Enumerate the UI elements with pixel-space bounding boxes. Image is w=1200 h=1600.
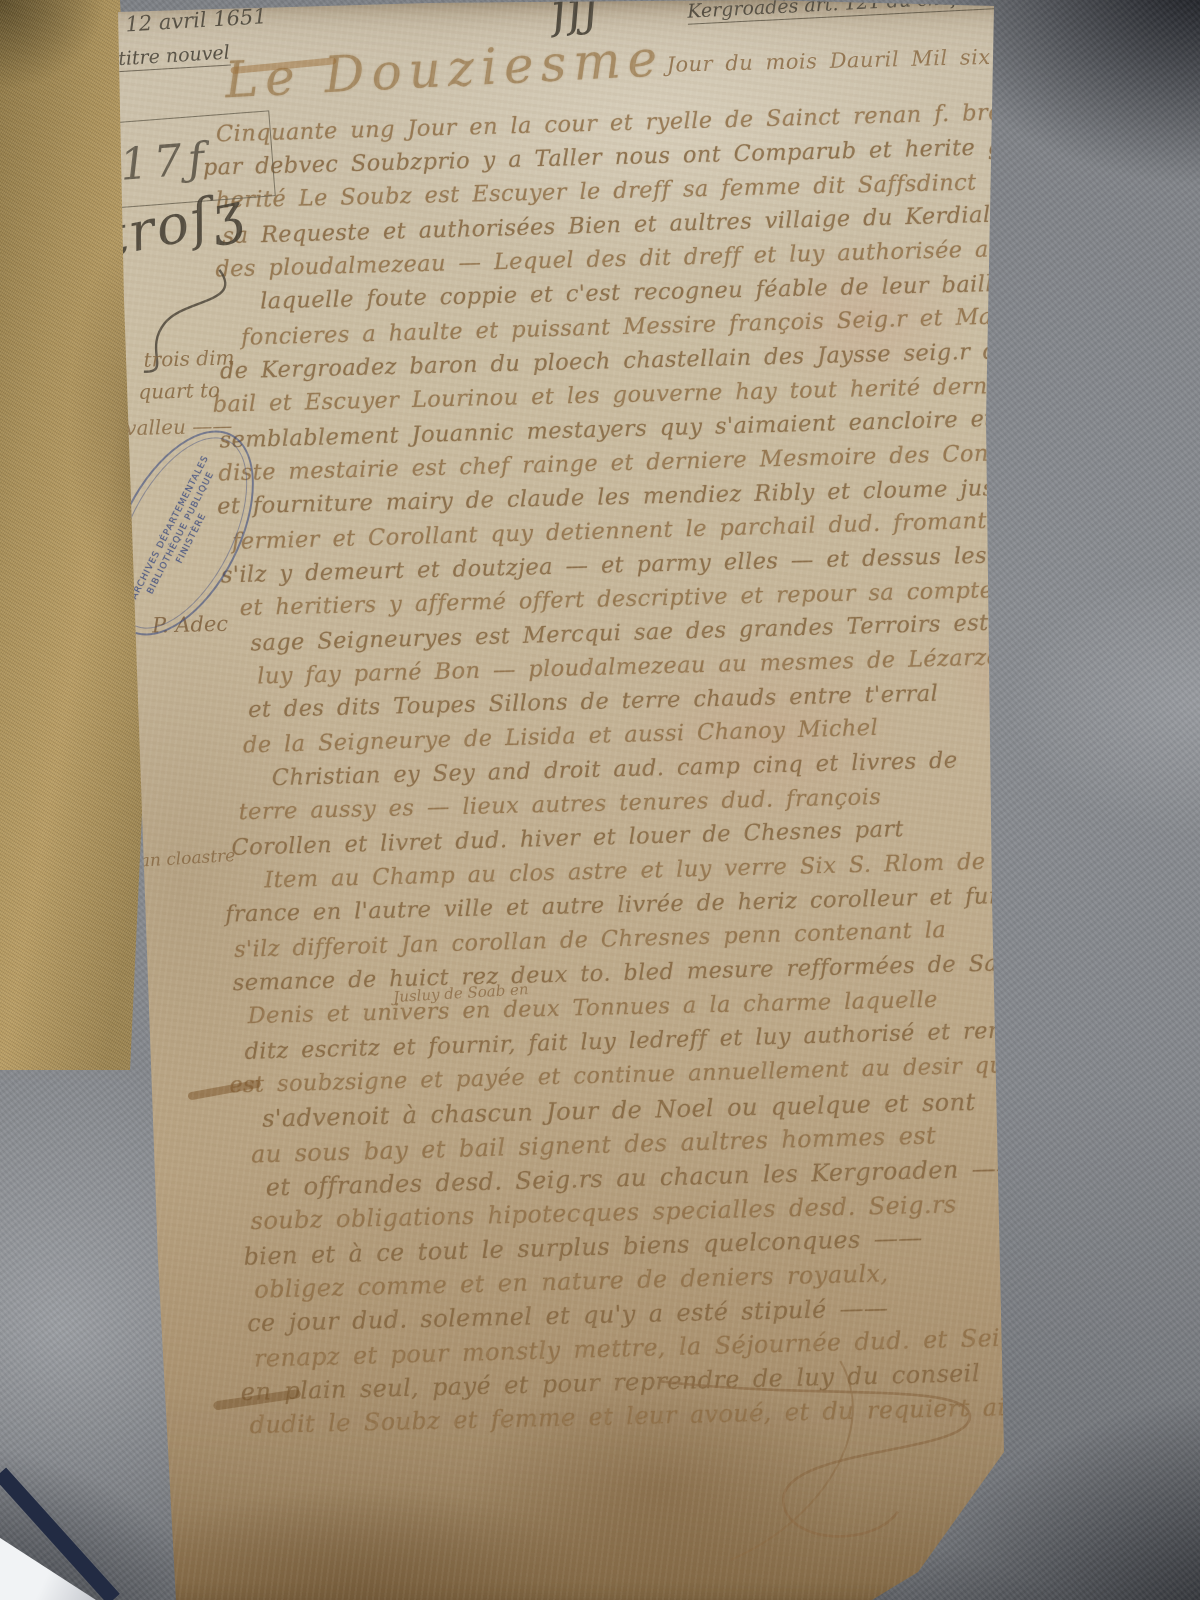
paraph-flourish <box>123 267 256 380</box>
manuscript-line: s'advenoit à chascun Jour de Noel ou que… <box>262 1088 976 1133</box>
title-annotation: titre nouvel <box>118 42 231 73</box>
manuscript-line: Cinquante ung Jour en la cour et ryelle … <box>216 96 1114 147</box>
manuscript-line: et heritiers y affermé offert descriptiv… <box>239 576 1034 621</box>
folio-number: 17ƒ <box>118 133 212 191</box>
margin-cloister: an cloastre <box>139 846 236 872</box>
manuscript-line: diste mestairie est chef rainge et derni… <box>218 438 1085 486</box>
manuscript-line: en plain seul, payé et pour reprendre de… <box>240 1359 980 1406</box>
manuscript-line: bien et à ce tout le surplus biens quelc… <box>243 1224 923 1271</box>
manuscript-line: de la Seigneurye de Lisida et aussi Chan… <box>243 715 879 759</box>
ink-stroke <box>187 1079 261 1100</box>
manuscript-line: et fourniture mairy de claude les mendie… <box>217 472 1122 519</box>
manuscript-line: bail et Escuyer Lourinou et les gouverne… <box>212 370 1108 417</box>
manuscript-line: ce jour dud. solemnel et qu'y a esté sti… <box>247 1294 889 1337</box>
heading-calligraphy: Le Douziesme <box>223 29 665 109</box>
manuscript-line: sage Seigneuryes est Mercqui sae des gra… <box>250 610 989 657</box>
manuscript-line: Christian ey Sey and droit aud. camp cin… <box>272 747 958 791</box>
manuscript-line: Corollen et livret dud. hiver et louer d… <box>231 816 904 861</box>
manuscript-line: fermier et Corollant quy detiennent le p… <box>232 508 987 555</box>
manuscript-line: et offrandes desd. Seig.rs au chacun les… <box>265 1154 1020 1201</box>
manuscript-line: par debvec Soubzprio y a Taller nous ont… <box>203 132 1073 180</box>
ink-stroke <box>213 1389 301 1411</box>
margin-measure-2: quart to <box>138 378 220 404</box>
stamp-line-3: FINISTÈRE <box>175 512 209 566</box>
margin-value: valleu —— <box>125 414 233 441</box>
manuscript-line: et des dits Toupes Sillons de terre chau… <box>248 681 939 723</box>
manuscript-line: sa Requeste et authorisées Bien et aultr… <box>222 199 1100 249</box>
ink-stroke <box>230 57 336 74</box>
manuscript-line: luy fay parné Bon — ploudalmezeau au mes… <box>257 644 1016 690</box>
manuscript-line: terre aussy es — lieux autres tenures du… <box>238 784 881 825</box>
manuscript-line: des ploudalmezeau — Lequel des dit dreff… <box>215 235 1041 282</box>
folio-number-box: 17ƒ <box>106 110 276 208</box>
manuscript-line: de Kergroadez baron du ploech chastellai… <box>220 336 1072 384</box>
stamp-line-1: ARCHIVES DÉPARTEMENTALES <box>130 454 212 601</box>
manuscript-line: est soubzsigne et payée et continue annu… <box>229 1052 1018 1098</box>
manuscript-line: foncieres a haulte et puissant Messire f… <box>241 302 1054 351</box>
manuscript-line: au sous bay et bail signent des aultres … <box>251 1121 937 1168</box>
manuscript-line: dudit le Soubz et femme et leur avoué, e… <box>249 1392 1048 1439</box>
stamp-line-2: BIBLIOTHÈQUE PUBLIQUE <box>146 470 217 596</box>
interline-note: Jusluy de Soab en <box>393 980 529 1006</box>
pen-test-mark: ſſj <box>548 0 598 39</box>
margin-measure-1: trois dim <box>143 345 234 371</box>
manuscript-line: Denis et univers en deux Tonnues a la ch… <box>247 987 938 1029</box>
manuscript-line: s'ilz y demeurt et doutzjea — et parmy e… <box>221 541 1065 589</box>
manuscript-line: semance de huict rez deux to. bled mesur… <box>233 949 1044 996</box>
manuscript-line: renapz et pour monstly mettre, la Séjour… <box>254 1323 1037 1373</box>
photo-of-manuscript: { "scene": { "description": "Photograph … <box>0 0 1200 1600</box>
margin-place: P. Adec <box>152 612 229 638</box>
manuscript-line: france en l'autre ville et autre livrée … <box>225 882 1049 928</box>
manuscript-line: Item au Champ au clos astre et luy verre… <box>264 849 986 894</box>
manuscript-line: soubz obligations hipotecques specialles… <box>250 1190 957 1235</box>
manuscript-line: herité Le Soubz est Escuyer le dreff sa … <box>215 168 1031 213</box>
manuscript-line: ditz escritz et fournir, fait luy ledref… <box>244 1016 1060 1065</box>
manuscript-line: obligez comme et en nature de deniers ro… <box>254 1259 889 1303</box>
manuscript-line: s'ilz differoit Jan corollan de Chresnes… <box>234 917 947 963</box>
